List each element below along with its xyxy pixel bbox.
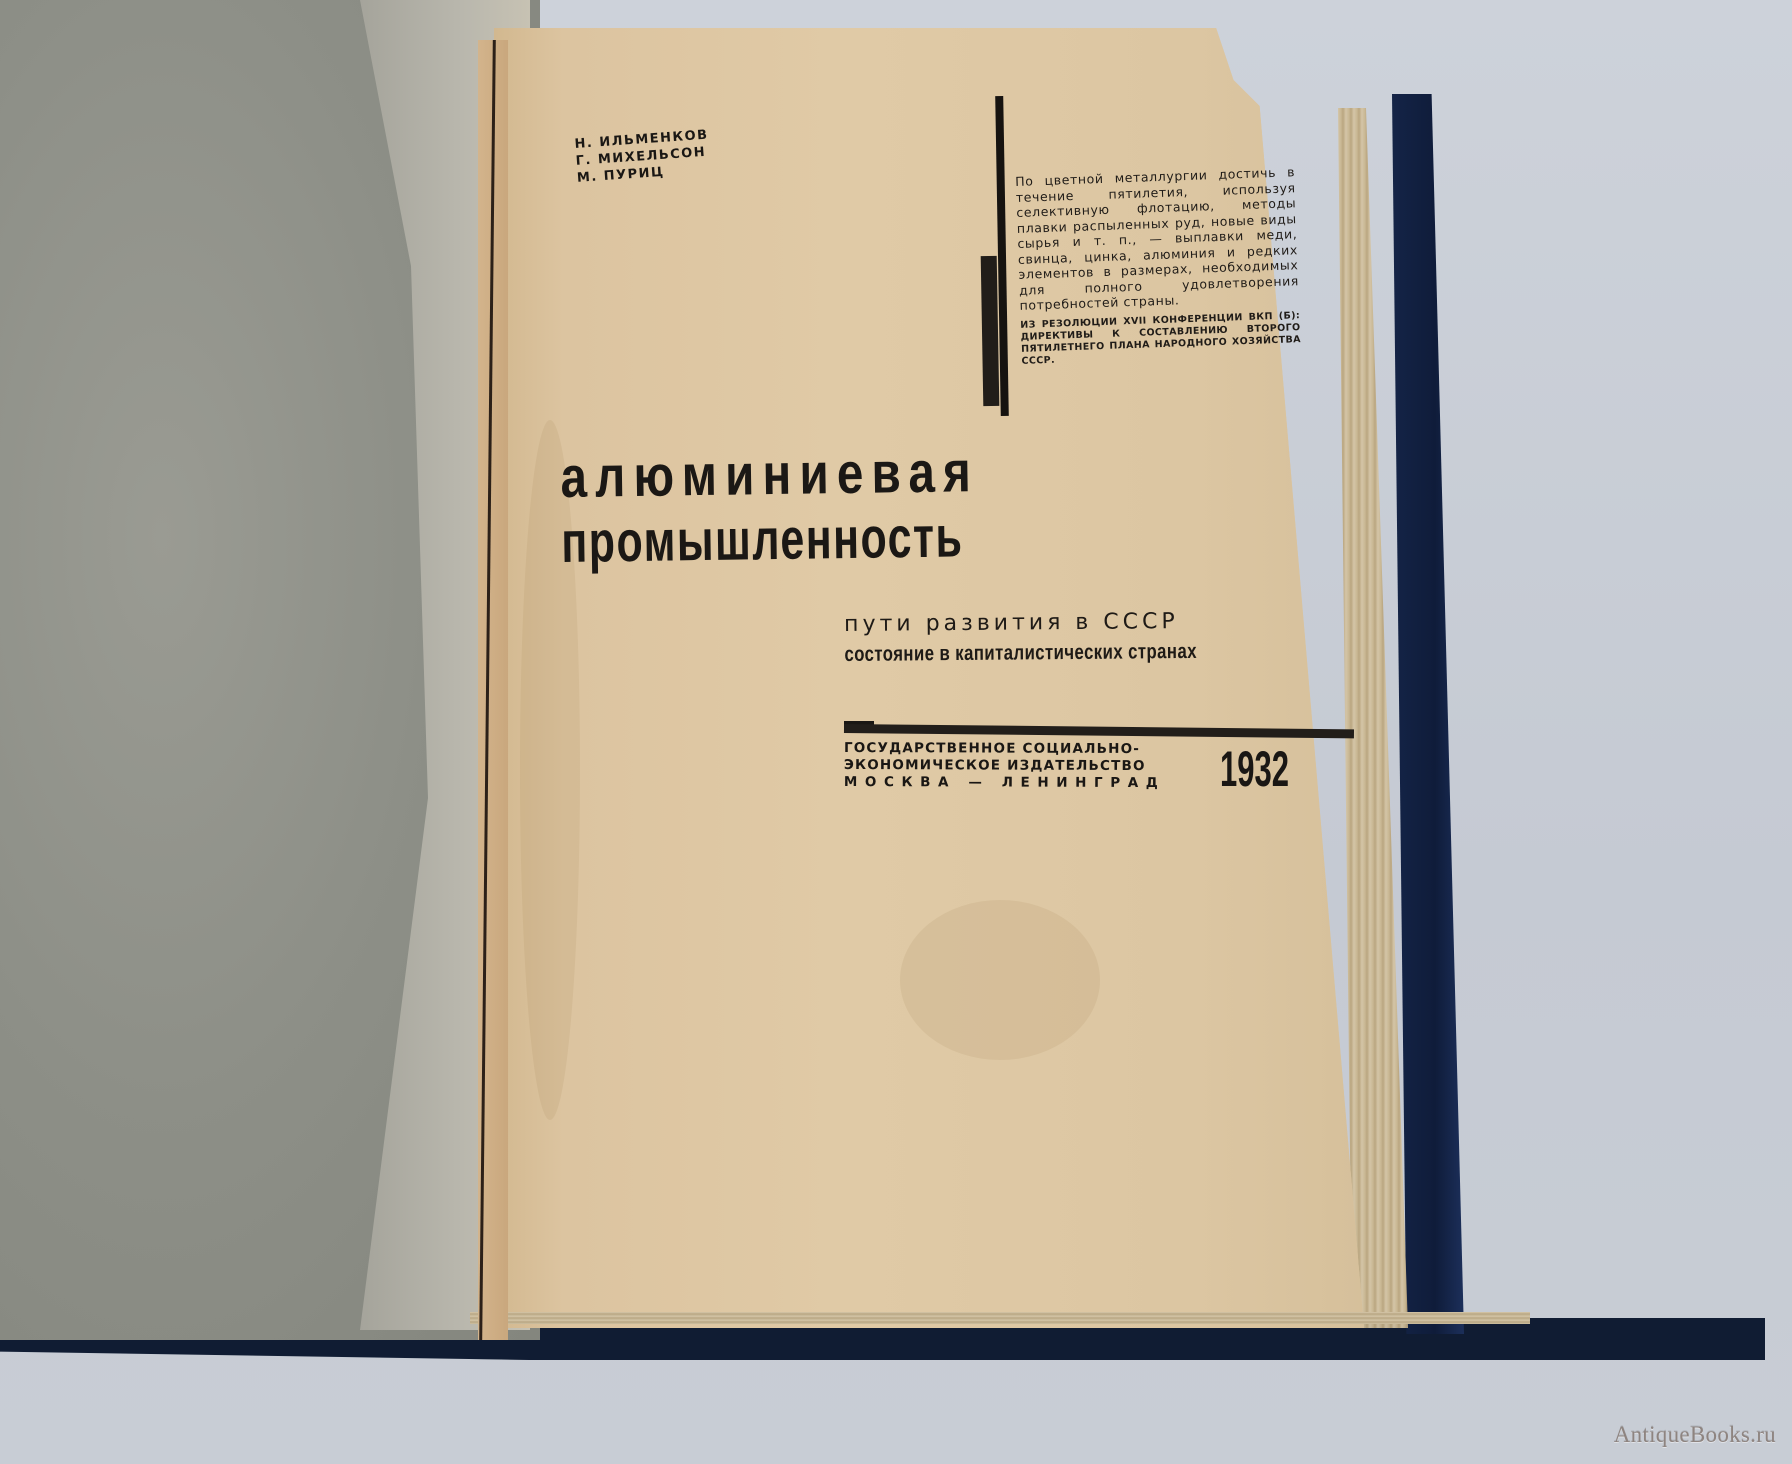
- epigraph-source: Из резолюции XVII конференции ВКП (б): д…: [1020, 310, 1302, 368]
- publisher-rule: [844, 724, 1354, 738]
- book-subtitle: пути развития в СССР состояние в капитал…: [844, 606, 1285, 670]
- book-title: алюминиевая промышленность: [560, 438, 1105, 576]
- subtitle-line-1: пути развития в СССР: [844, 606, 1285, 640]
- publisher-line-1: Государственное социально-: [844, 740, 1166, 758]
- title-page: Н. Ильменков Г. Михельсон М. Пуриц По цв…: [560, 96, 1360, 1296]
- publisher-city: Москва — Ленинград: [844, 774, 1166, 792]
- publication-year: 1932: [1220, 744, 1289, 794]
- epigraph: По цветной металлургии достичь в течение…: [1015, 164, 1302, 367]
- subtitle-line-2: состояние в капиталистических странах: [844, 637, 1197, 670]
- watermark: AntiqueBooks.ru: [1614, 1422, 1776, 1448]
- epigraph-text: По цветной металлургии достичь в течение…: [1015, 164, 1300, 313]
- publisher-block: Государственное социально- экономическое…: [844, 740, 1166, 792]
- page-block-bottom-edge: [470, 1312, 1530, 1324]
- publisher-line-2: экономическое издательство: [844, 757, 1166, 775]
- epigraph-vertical-rule-thick: [981, 256, 1000, 406]
- book-title-line-2: промышленность: [561, 504, 964, 576]
- authors-block: Н. Ильменков Г. Михельсон М. Пуриц: [574, 127, 711, 187]
- book-title-line-1: алюминиевая: [560, 440, 1006, 510]
